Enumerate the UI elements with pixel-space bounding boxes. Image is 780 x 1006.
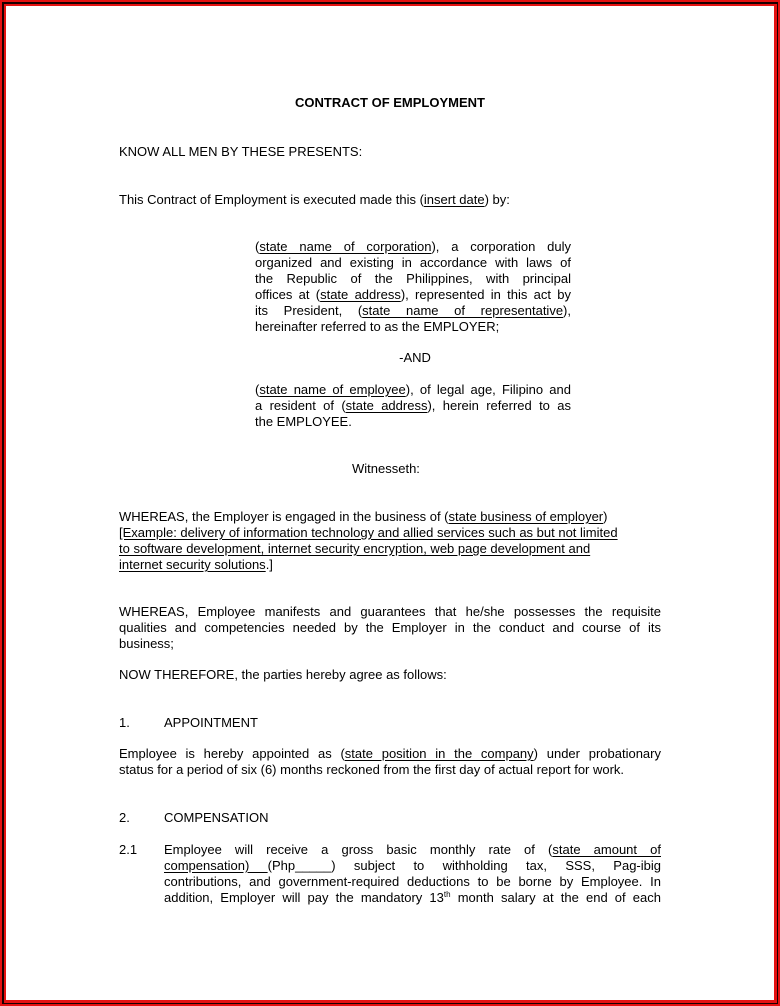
business-example-line: to software development, internet securi… — [119, 541, 661, 557]
placeholder-business: state business of employer — [449, 509, 604, 524]
employee-line: a resident of (state address), herein re… — [255, 398, 571, 414]
employer-line: (state name of corporation), a corporati… — [255, 239, 571, 255]
section-1-heading: APPOINTMENT — [164, 715, 258, 731]
placeholder-corporation-name: state name of corporation — [259, 239, 431, 254]
placeholder-compensation-cont: compensation) — [164, 858, 268, 873]
now-therefore-clause: NOW THEREFORE, the parties hereby agree … — [119, 667, 447, 683]
document-page: CONTRACT OF EMPLOYMENT KNOW ALL MEN BY T… — [6, 6, 774, 1000]
business-example-line: internet security solutions — [119, 557, 266, 572]
subsection-2-1-number: 2.1 — [119, 842, 137, 858]
placeholder-employee-address: state address — [346, 398, 428, 413]
witnesseth-heading: Witnesseth: — [352, 461, 420, 477]
employer-line: organized and existing in accordance wit… — [255, 255, 571, 271]
placeholder-employee-name: state name of employee — [259, 382, 405, 397]
intro-paragraph: This Contract of Employment is executed … — [119, 192, 510, 208]
placeholder-compensation: state amount of — [552, 842, 661, 857]
whereas-business-paragraph: WHEREAS, the Employer is engaged in the … — [119, 509, 661, 573]
placeholder-employer-address: state address — [320, 287, 401, 302]
employee-line: the EMPLOYEE. — [255, 414, 571, 430]
employer-block: (state name of corporation), a corporati… — [255, 239, 571, 335]
employer-line: hereinafter referred to as the EMPLOYER; — [255, 319, 571, 335]
section-2-heading: COMPENSATION — [164, 810, 269, 826]
intro-text: This Contract of Employment is executed … — [119, 192, 424, 207]
employer-line: the Republic of the Philippines, with pr… — [255, 271, 571, 287]
document-title: CONTRACT OF EMPLOYMENT — [6, 95, 774, 111]
employer-line: its President, (state name of representa… — [255, 303, 571, 319]
intro-text-end: ) by: — [485, 192, 510, 207]
section-1-body: Employee is hereby appointed as (state p… — [119, 746, 661, 778]
subsection-2-1-body: Employee will receive a gross basic mont… — [164, 842, 661, 906]
and-separator: -AND — [6, 350, 774, 366]
whereas-competency-paragraph: WHEREAS, Employee manifests and guarante… — [119, 604, 661, 652]
placeholder-position: state position in the company — [345, 746, 534, 761]
placeholder-representative-name: state name of representative — [362, 303, 563, 318]
employee-line: (state name of employee), of legal age, … — [255, 382, 571, 398]
preamble: KNOW ALL MEN BY THESE PRESENTS: — [119, 144, 362, 160]
section-2-number: 2. — [119, 810, 130, 826]
section-1-number: 1. — [119, 715, 130, 731]
employee-block: (state name of employee), of legal age, … — [255, 382, 571, 430]
placeholder-insert-date: insert date — [424, 192, 485, 207]
business-example-line: [Example: delivery of information techno… — [119, 525, 661, 541]
employer-line: offices at (state address), represented … — [255, 287, 571, 303]
